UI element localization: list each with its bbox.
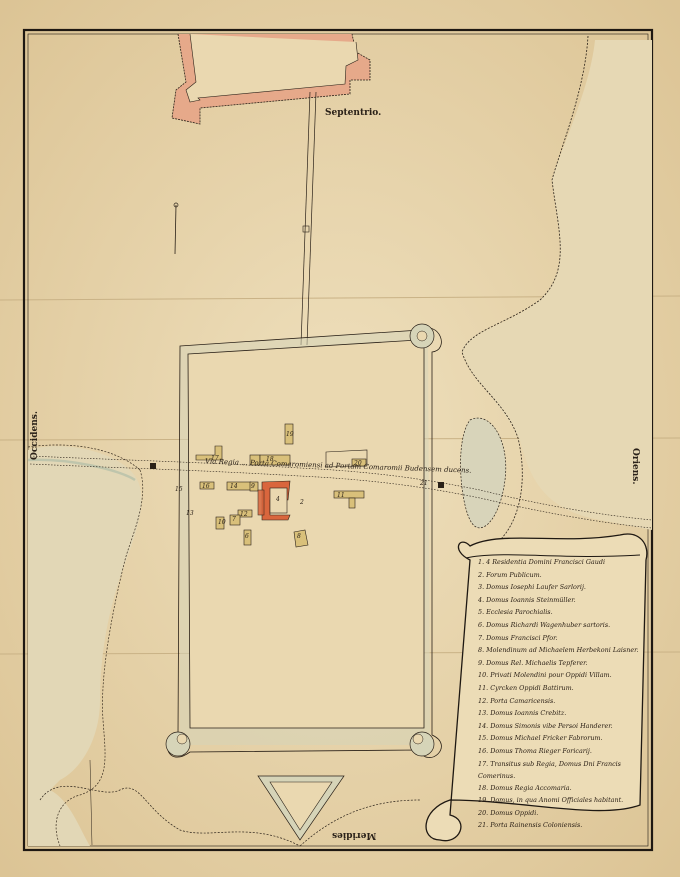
building-number: 4 (276, 496, 280, 503)
legend-item: 8. Molendinum ad Michaelem Herbekoni Lai… (478, 644, 654, 657)
legend-item: 9. Domus Rel. Michaelis Tepferer. (478, 657, 654, 670)
legend-item: 2. Forum Publicum. (478, 569, 654, 582)
building-number: 7 (232, 516, 236, 523)
legend-item: 14. Domus Simonis vibe Persoi Handerer. (478, 720, 654, 733)
legend-item: 20. Domus Oppidi. (478, 807, 654, 820)
building-number: 15 (175, 486, 183, 493)
building-number: 12 (240, 511, 248, 518)
building-number: 20 (354, 460, 362, 467)
legend-item: 15. Domus Michael Fricker Fabrorum. (478, 732, 654, 745)
label-east: Oriens. (630, 448, 640, 484)
building-number: 14 (230, 483, 238, 490)
legend-item: 5. Ecclesia Parochialis. (478, 606, 654, 619)
building-number: 9 (251, 483, 255, 490)
legend-item: 13. Domus Ioannis Crebitz. (478, 707, 654, 720)
legend-item: 4. Domus Ioannis Steinmüller. (478, 594, 654, 607)
legend-item: 21. Porta Rainensis Coloniensis. (478, 819, 654, 832)
building-number: 11 (337, 492, 345, 499)
building-number: 2 (300, 499, 304, 506)
label-south: Meridies (332, 830, 376, 840)
building-number: 8 (297, 533, 301, 540)
legend-item: 3. Domus Iosephi Laufer Sarlorij. (478, 581, 654, 594)
legend-item: 7. Domus Francisci Pfor. (478, 632, 654, 645)
legend-item: 19. Domus, in qua Anomi Officiales habit… (478, 794, 654, 807)
label-north: Septentrio. (325, 108, 381, 118)
building-number: 19 (286, 431, 294, 438)
legend-item: 1. 4 Residentia Domini Francisci Gaudi (478, 556, 654, 569)
building-number: 17 (211, 455, 219, 462)
legend-item: 6. Domus Richardi Wagenhuber sartoris. (478, 619, 654, 632)
building-number: 21 (420, 480, 428, 487)
legend-item: 10. Privati Molendini pour Oppidi Villam… (478, 669, 654, 682)
building-number: 13 (186, 510, 194, 517)
historical-map: Septentrio. Occidens. Oriens. Meridies V… (0, 0, 680, 877)
legend-item: 12. Porta Camaricensis. (478, 695, 654, 708)
label-west: Occidens. (30, 411, 40, 460)
building-number: 18 (266, 456, 274, 463)
building-number: 16 (202, 483, 210, 490)
legend-item: 18. Domus Regia Accomaria. (478, 782, 654, 795)
legend-item: 17. Transitus sub Regia, Domus Dni Franc… (478, 758, 654, 782)
building-number: 6 (245, 533, 249, 540)
legend-cartouche: 1. 4 Residentia Domini Francisci Gaudi 2… (478, 556, 654, 832)
legend-item: 11. Cyrcken Oppidi Battirum. (478, 682, 654, 695)
legend-item: 16. Domus Thoma Rieger Foricarij. (478, 745, 654, 758)
building-number: 10 (218, 519, 226, 526)
